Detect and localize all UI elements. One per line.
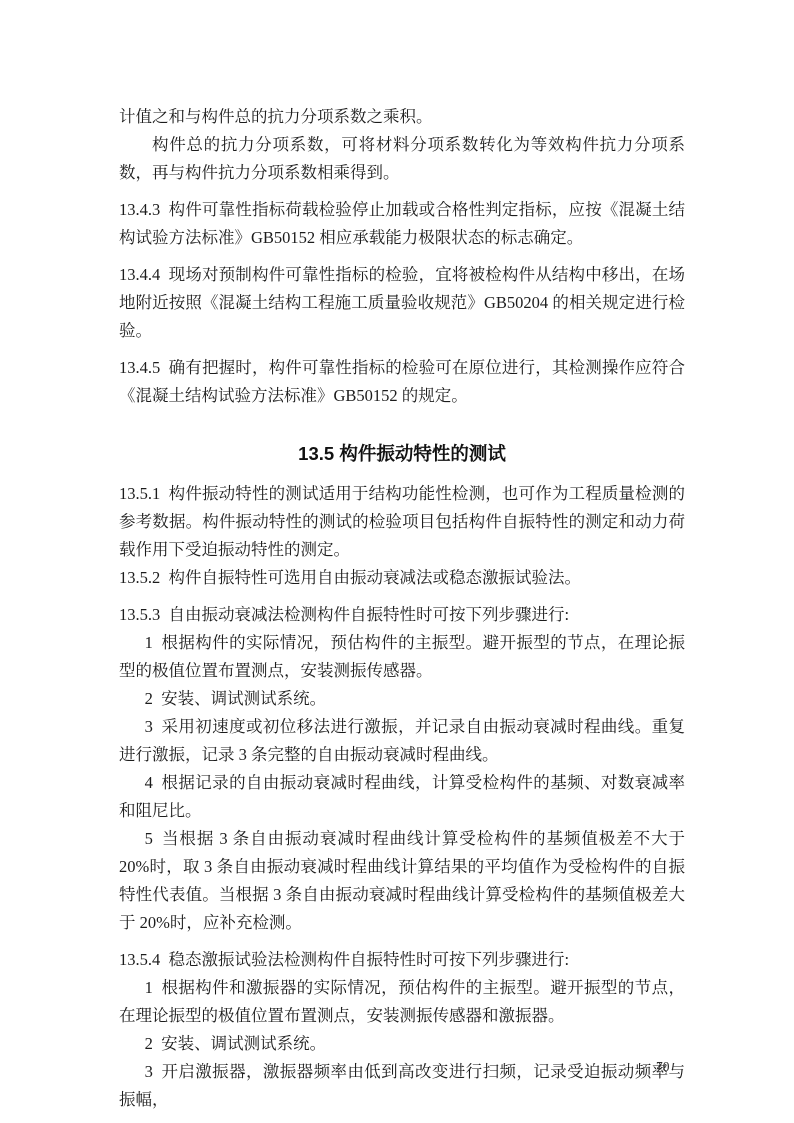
clause-number: 13.4.4 [119,265,160,284]
clause-number: 13.5.3 [119,605,160,624]
step-number: 1 [145,633,153,652]
step-number: 3 [145,1062,153,1081]
clause-text: 构件可靠性指标荷载检验停止加载或合格性判定指标，应按《混凝土结构试验方法标准》G… [119,200,685,247]
clause-text: 构件振动特性的测试适用于结构功能性检测，也可作为工程质量检测的参考数据。构件振动… [119,484,685,559]
step-number: 1 [145,978,153,997]
step-text: 根据构件的实际情况，预估构件的主振型。避开振型的节点，在理论振型的极值位置布置测… [119,633,685,680]
step-text: 开启激振器，激振器频率由低到高改变进行扫频，记录受迫振动频率与振幅， [119,1062,685,1109]
step-text: 根据记录的自由振动衰减时程曲线，计算受检构件的基频、对数衰减率和阻尼比。 [119,773,685,820]
clause-13-5-2: 13.5.2构件自振特性可选用自由振动衰减法或稳态激振试验法。 [119,564,685,592]
page-number: 70 [656,1058,670,1076]
step-item: 1根据构件的实际情况，预估构件的主振型。避开振型的节点，在理论振型的极值位置布置… [119,629,685,685]
step-number: 4 [145,773,153,792]
clause-number: 13.5.1 [119,484,160,503]
step-text: 当根据 3 条自由振动衰减时程曲线计算受检构件的基频值极差不大于 20%时，取 … [119,829,685,932]
step-number: 2 [145,689,153,708]
clause-13-4-4: 13.4.4现场对预制构件可靠性指标的检验，宜将被检构件从结构中移出，在场地附近… [119,261,685,345]
clause-13-4-3: 13.4.3构件可靠性指标荷载检验停止加载或合格性判定指标，应按《混凝土结构试验… [119,196,685,252]
step-item: 3开启激振器，激振器频率由低到高改变进行扫频，记录受迫振动频率与振幅， [119,1058,685,1114]
clause-13-5-4: 13.5.4稳态激振试验法检测构件自振特性时可按下列步骤进行: [119,946,685,974]
clause-text: 稳态激振试验法检测构件自振特性时可按下列步骤进行: [169,950,570,969]
step-text: 安装、调试测试系统。 [161,689,326,708]
step-item: 1根据构件和激振器的实际情况，预估构件的主振型。避开振型的节点，在理论振型的极值… [119,974,685,1030]
paragraph: 构件总的抗力分项系数，可将材料分项系数转化为等效构件抗力分项系数，再与构件抗力分… [119,131,685,187]
step-item: 3采用初速度或初位移法进行激振，并记录自由振动衰减时程曲线。重复进行激振，记录 … [119,713,685,769]
clause-13-4-5: 13.4.5确有把握时，构件可靠性指标的检验可在原位进行，其检测操作应符合《混凝… [119,354,685,410]
clause-13-5-1: 13.5.1构件振动特性的测试适用于结构功能性检测，也可作为工程质量检测的参考数… [119,480,685,564]
clause-text: 自由振动衰减法检测构件自振特性时可按下列步骤进行: [169,605,570,624]
step-text: 根据构件和激振器的实际情况，预估构件的主振型。避开振型的节点，在理论振型的极值位… [119,978,685,1025]
clause-text: 现场对预制构件可靠性指标的检验，宜将被检构件从结构中移出，在场地附近按照《混凝土… [119,265,685,340]
step-item: 4根据记录的自由振动衰减时程曲线，计算受检构件的基频、对数衰减率和阻尼比。 [119,769,685,825]
clause-number: 13.4.5 [119,358,160,377]
clause-13-5-3: 13.5.3自由振动衰减法检测构件自振特性时可按下列步骤进行: [119,601,685,629]
step-item: 2安装、调试测试系统。 [119,1030,685,1058]
step-number: 2 [145,1034,153,1053]
page-body-text: 计值之和与构件总的抗力分项系数之乘积。 构件总的抗力分项系数，可将材料分项系数转… [119,103,685,1114]
step-number: 3 [145,717,153,736]
step-text: 安装、调试测试系统。 [161,1034,326,1053]
clause-number: 13.4.3 [119,200,160,219]
step-item: 5当根据 3 条自由振动衰减时程曲线计算受检构件的基频值极差不大于 20%时，取… [119,825,685,937]
step-text: 采用初速度或初位移法进行激振，并记录自由振动衰减时程曲线。重复进行激振，记录 3… [119,717,685,764]
step-number: 5 [145,829,153,848]
clause-number: 13.5.4 [119,950,160,969]
document-page: 计值之和与构件总的抗力分项系数之乘积。 构件总的抗力分项系数，可将材料分项系数转… [0,0,794,1123]
paragraph-continuation: 计值之和与构件总的抗力分项系数之乘积。 [119,103,685,131]
clause-text: 确有把握时，构件可靠性指标的检验可在原位进行，其检测操作应符合《混凝土结构试验方… [119,358,685,405]
section-heading: 13.5 构件振动特性的测试 [119,440,685,468]
clause-text: 构件自振特性可选用自由振动衰减法或稳态激振试验法。 [169,568,582,587]
step-item: 2安装、调试测试系统。 [119,685,685,713]
clause-number: 13.5.2 [119,568,160,587]
